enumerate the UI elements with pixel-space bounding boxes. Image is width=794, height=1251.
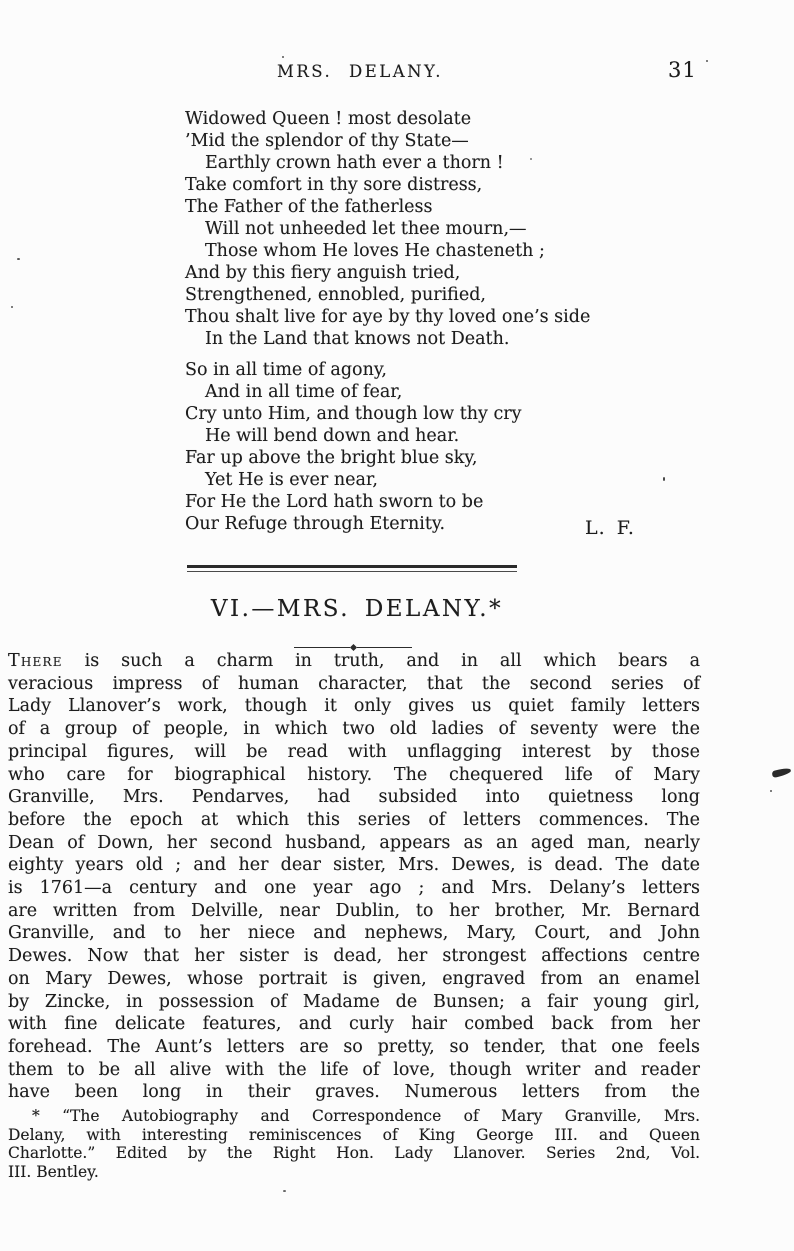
article-line: Dewes. Now that her sister is dead, her … [8,945,700,968]
article-line: veracious impress of human character, th… [8,673,700,696]
scan-speck [530,158,532,160]
poem-line: Strengthened, ennobled, purified, [185,284,665,306]
ink-fleck [771,767,791,778]
article-line: Dean of Down, her second husband, appear… [8,832,700,855]
section-heading: VI.—MRS. DELANY.* [0,596,714,622]
article-line: forehead. The Aunt’s letters are so pret… [8,1036,700,1059]
ornament-line-right [357,647,413,648]
article-line: is 1761—a century and one year ago ; and… [8,877,700,900]
article-line: have been long in their graves. Numerous… [8,1081,700,1104]
article-line: are written from Delville, near Dublin, … [8,900,700,923]
article-line: on Mary Dewes, whose portrait is given, … [8,968,700,991]
poem-line: Thou shalt live for aye by thy loved one… [185,306,665,328]
running-head: MRS. DELANY. [0,62,720,81]
article-line: eighty years old ; and her dear sister, … [8,854,700,877]
footnote-line: Delany, with interesting reminiscences o… [8,1126,700,1145]
poem-stanza-2: So in all time of agony,And in all time … [185,359,665,535]
poem-line: And in all time of fear, [185,381,665,403]
ornament-line-left [294,647,350,648]
scan-speck [706,60,708,62]
scan-speck [17,258,20,260]
poem-line: Take comfort in thy sore distress, [185,174,665,196]
poem-line: Cry unto Him, and though low thy cry [185,403,665,425]
poem-signature: L. F. [585,517,635,539]
article-line-rest: is such a charm in truth, and in all whi… [63,651,700,671]
footnote: * “The Autobiography and Correspondence … [8,1107,700,1181]
article-line: with fine delicate features, and curly h… [8,1013,700,1036]
poem-line: Widowed Queen ! most desolate [185,108,665,130]
footnote-line: * “The Autobiography and Correspondence … [8,1107,700,1126]
lead-word: There [8,651,63,671]
poem-line: Yet He is ever near, [185,469,665,491]
poem-line: Far up above the bright blue sky, [185,447,665,469]
poem: Widowed Queen ! most desolate’Mid the sp… [185,108,665,535]
poem-line: In the Land that knows not Death. [185,328,665,350]
article-body: There is such a charm in truth, and in a… [8,650,700,1104]
article-lines: veracious impress of human character, th… [8,673,700,1104]
section-divider [187,565,517,572]
divider-rule-thick [187,565,517,568]
article-line: There is such a charm in truth, and in a… [8,650,700,673]
scan-speck [770,790,772,792]
scan-speck [283,1190,286,1192]
poem-line: The Father of the fatherless [185,196,665,218]
article-line: before the epoch at which this series of… [8,809,700,832]
article-line: principal figures, will be read with unf… [8,741,700,764]
page-number: 31 [668,58,716,82]
poem-line: For He the Lord hath sworn to be [185,491,665,513]
article-line: of a group of people, in which two old l… [8,718,700,741]
footnote-line: III. Bentley. [8,1163,700,1182]
poem-line: Those whom He loves He chasteneth ; [185,240,665,262]
article-line: Lady Llanover’s work, though it only giv… [8,695,700,718]
article-line: by Zincke, in possession of Madame de Bu… [8,991,700,1014]
scan-speck [11,306,13,308]
divider-rule-thin [187,571,517,572]
poem-line: Earthly crown hath ever a thorn ! [185,152,665,174]
poem-line: And by this fiery anguish tried, [185,262,665,284]
scan-speck [282,56,284,58]
article-line: them to be all alive with the life of lo… [8,1059,700,1082]
scan-speck [663,477,665,481]
poem-line: ’Mid the splendor of thy State— [185,130,665,152]
footnote-line: Charlotte.” Edited by the Right Hon. Lad… [8,1144,700,1163]
article-line: who care for biographical history. The c… [8,764,700,787]
poem-line: He will bend down and hear. [185,425,665,447]
poem-line: Will not unheeded let thee mourn,— [185,218,665,240]
scanned-book-page: MRS. DELANY. 31 Widowed Queen ! most des… [0,0,794,1251]
article-line: Granville, and to her niece and nephews,… [8,922,700,945]
poem-stanza-1: Widowed Queen ! most desolate’Mid the sp… [185,108,665,350]
poem-line: So in all time of agony, [185,359,665,381]
article-line: Granville, Mrs. Pendarves, had subsided … [8,786,700,809]
